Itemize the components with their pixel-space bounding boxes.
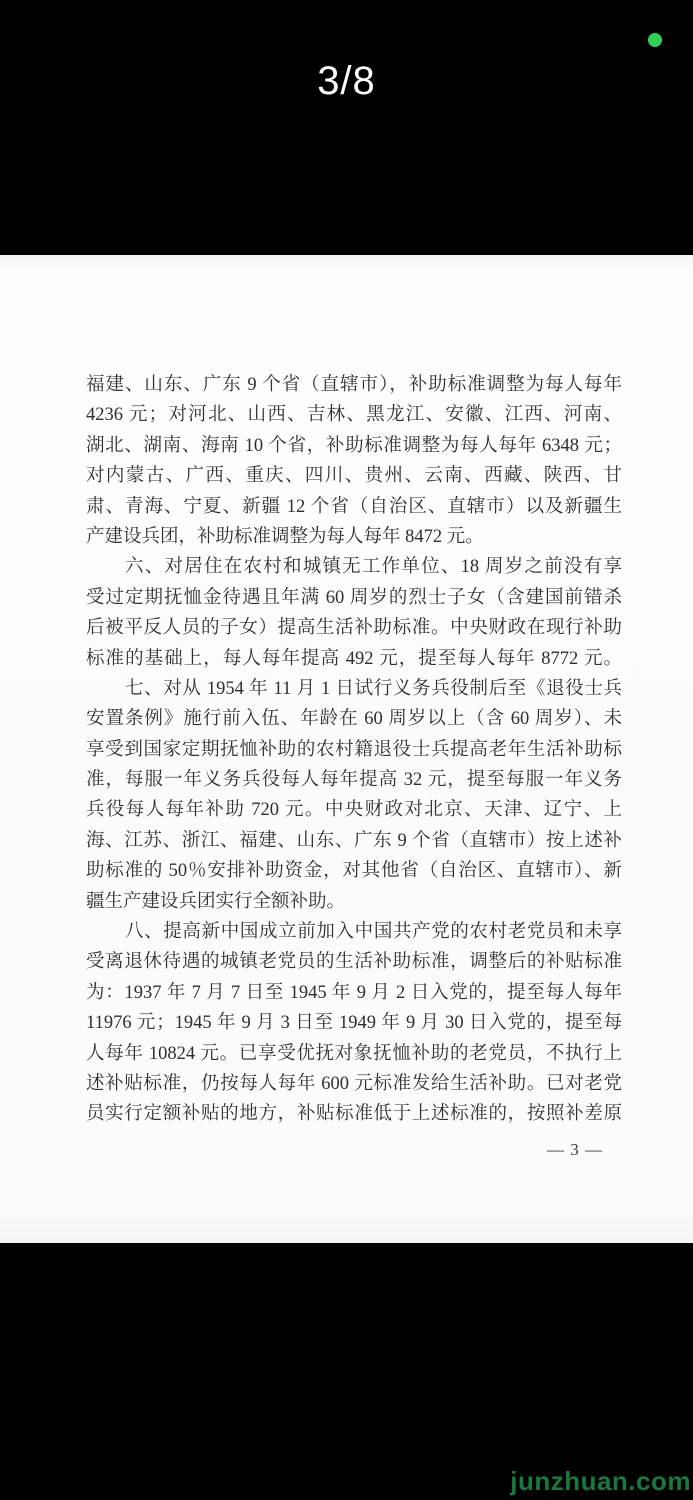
document-viewer-screen: 3/8 福建、山东、广东 9 个省（直辖市），补助标准调整为每人每年4236 元…	[0, 0, 693, 1500]
document-line: 为：1937 年 7 月 7 日至 1945 年 9 月 2 日入党的，提至每人…	[86, 978, 622, 1008]
document-line: 员实行定额补贴的地方，补贴标准低于上述标准的，按照补差原	[86, 1099, 622, 1129]
document-page[interactable]: 福建、山东、广东 9 个省（直辖市），补助标准调整为每人每年4236 元；对河北…	[0, 255, 693, 1243]
page-indicator: 3/8	[0, 59, 693, 104]
document-line: 助标准的 50％安排补助资金，对其他省（自治区、直辖市）、新	[86, 856, 622, 886]
recording-status-dot-icon	[648, 33, 662, 47]
document-line: 受离退休待遇的城镇老党员的生活补助标准，调整后的补贴标准	[86, 947, 622, 977]
page-number: — 3 —	[547, 1140, 603, 1160]
document-line: 述补贴标准，仍按每人每年 600 元标准发给生活补助。已对老党	[86, 1069, 622, 1099]
document-text-block: 福建、山东、广东 9 个省（直辖市），补助标准调整为每人每年4236 元；对河北…	[86, 370, 622, 1130]
watermark: junzhuan.com	[510, 1466, 691, 1497]
document-line: 对内蒙古、广西、重庆、四川、贵州、云南、西藏、陕西、甘	[86, 461, 622, 491]
document-line: 人每年 10824 元。已享受优抚对象抚恤补助的老党员，不执行上	[86, 1039, 622, 1069]
document-line: 产建设兵团，补助标准调整为每人每年 8472 元。	[86, 522, 622, 552]
document-line: 后被平反人员的子女）提高生活补助标准。中央财政在现行补助	[86, 613, 622, 643]
document-line: 湖北、湖南、海南 10 个省，补助标准调整为每人每年 6348 元；	[86, 431, 622, 461]
document-line: 安置条例》施行前入伍、年龄在 60 周岁以上（含 60 周岁）、未	[86, 704, 622, 734]
document-line: 标准的基础上，每人每年提高 492 元，提至每人每年 8772 元。	[86, 644, 622, 674]
viewer-footer: junzhuan.com	[0, 1243, 693, 1500]
document-line: 4236 元；对河北、山西、吉林、黑龙江、安徽、江西、河南、	[86, 400, 622, 430]
document-line: 八、提高新中国成立前加入中国共产党的农村老党员和未享	[86, 917, 622, 947]
document-line: 11976 元；1945 年 9 月 3 日至 1949 年 9 月 30 日入…	[86, 1008, 622, 1038]
document-line: 准，每服一年义务兵役每人每年提高 32 元，提至每服一年义务	[86, 765, 622, 795]
document-line: 疆生产建设兵团实行全额补助。	[86, 887, 622, 917]
document-line: 福建、山东、广东 9 个省（直辖市），补助标准调整为每人每年	[86, 370, 622, 400]
document-line: 兵役每人每年补助 720 元。中央财政对北京、天津、辽宁、上	[86, 795, 622, 825]
document-line: 七、对从 1954 年 11 月 1 日试行义务兵役制后至《退役士兵	[86, 674, 622, 704]
document-line: 受过定期抚恤金待遇且年满 60 周岁的烈士子女（含建国前错杀	[86, 583, 622, 613]
document-line: 六、对居住在农村和城镇无工作单位、18 周岁之前没有享	[86, 552, 622, 582]
document-line: 肃、青海、宁夏、新疆 12 个省（自治区、直辖市）以及新疆生	[86, 492, 622, 522]
document-line: 享受到国家定期抚恤补助的农村籍退役士兵提高老年生活补助标	[86, 735, 622, 765]
document-line: 海、江苏、浙江、福建、山东、广东 9 个省（直辖市）按上述补	[86, 826, 622, 856]
viewer-header: 3/8	[0, 0, 693, 255]
